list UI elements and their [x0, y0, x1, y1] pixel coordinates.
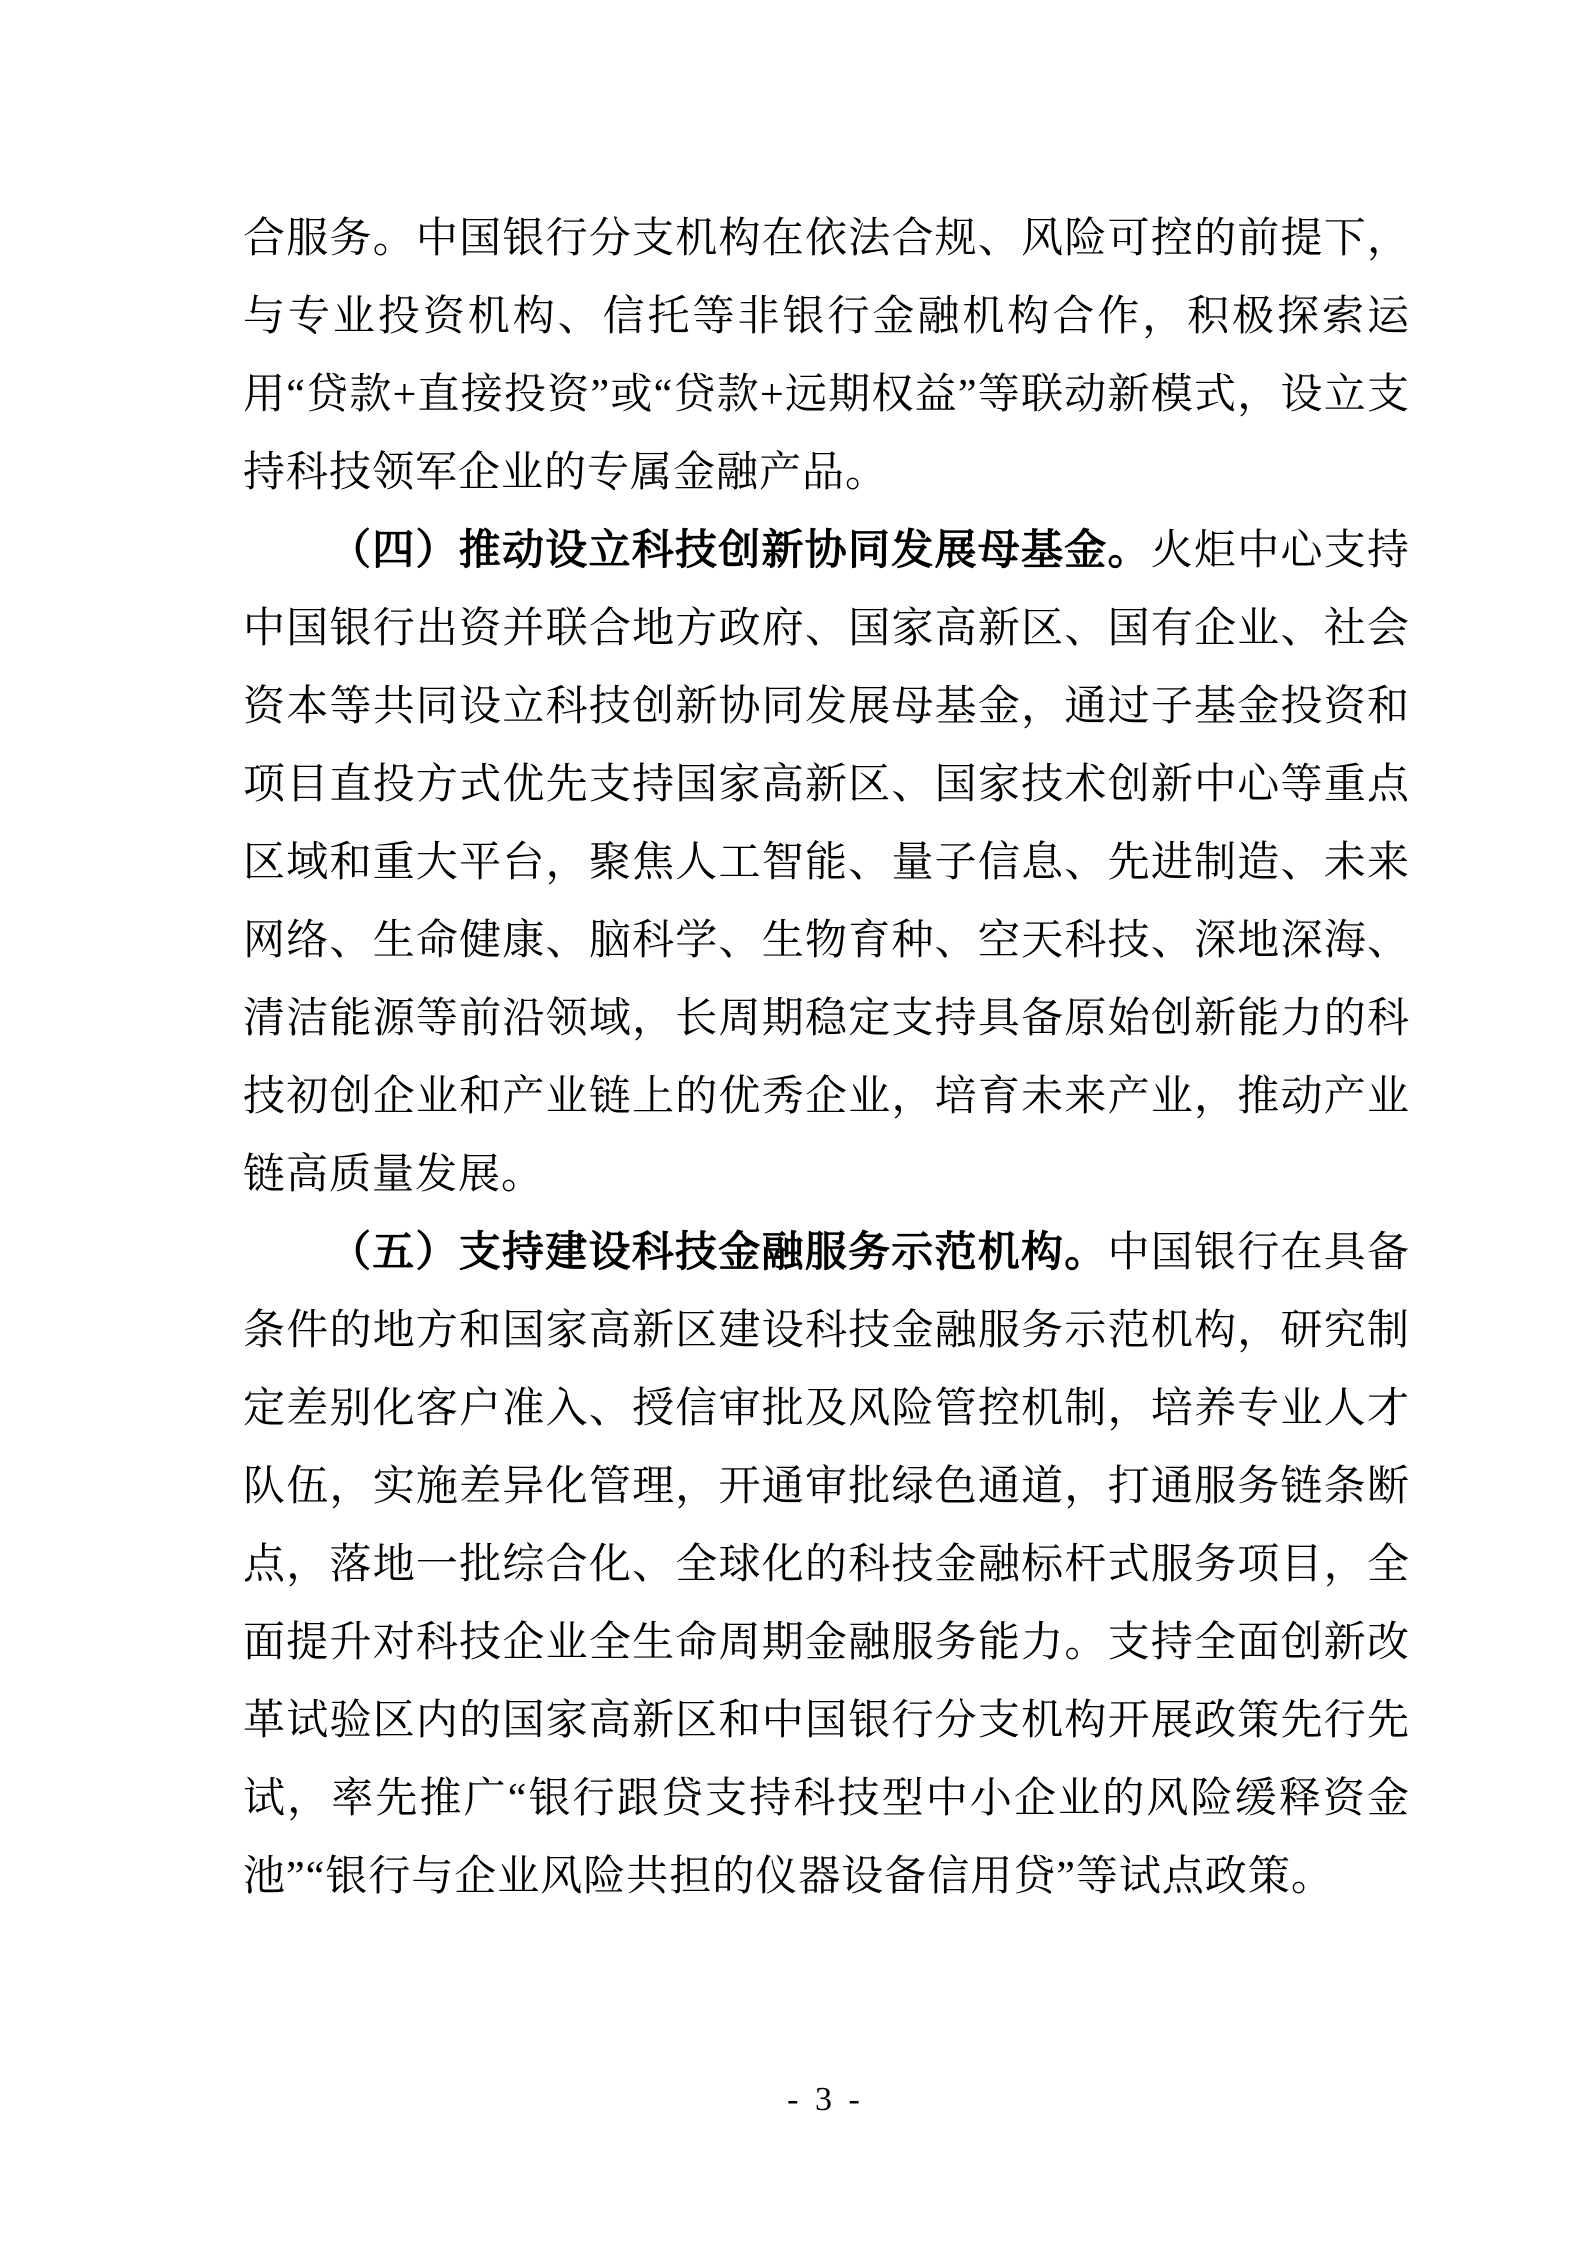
paragraph-section-5: （五）支持建设科技金融服务示范机构。中国银行在具备条件的地方和国家高新区建设科技… [243, 1214, 1410, 1916]
page-number: - 3 - [787, 2081, 864, 2118]
page-footer: - 3 - [0, 2080, 1587, 2120]
paragraph-text: 合服务。中国银行分支机构在依法合规、风险可控的前提下，与专业投资机构、信托等非银… [243, 216, 1410, 496]
paragraph-section-4: （四）推动设立科技创新协同发展母基金。火炬中心支持中国银行出资并联合地方政府、国… [243, 512, 1410, 1214]
document-body: 合服务。中国银行分支机构在依法合规、风险可控的前提下，与专业投资机构、信托等非银… [243, 200, 1410, 1916]
section-5-text: 中国银行在具备条件的地方和国家高新区建设科技金融服务示范机构，研究制定差别化客户… [243, 1230, 1410, 1900]
section-5-heading: （五）支持建设科技金融服务示范机构。 [329, 1230, 1107, 1276]
paragraph-continuation: 合服务。中国银行分支机构在依法合规、风险可控的前提下，与专业投资机构、信托等非银… [243, 200, 1410, 512]
section-4-heading: （四）推动设立科技创新协同发展母基金。 [329, 528, 1151, 574]
section-4-text: 火炬中心支持中国银行出资并联合地方政府、国家高新区、国有企业、社会资本等共同设立… [243, 528, 1410, 1198]
